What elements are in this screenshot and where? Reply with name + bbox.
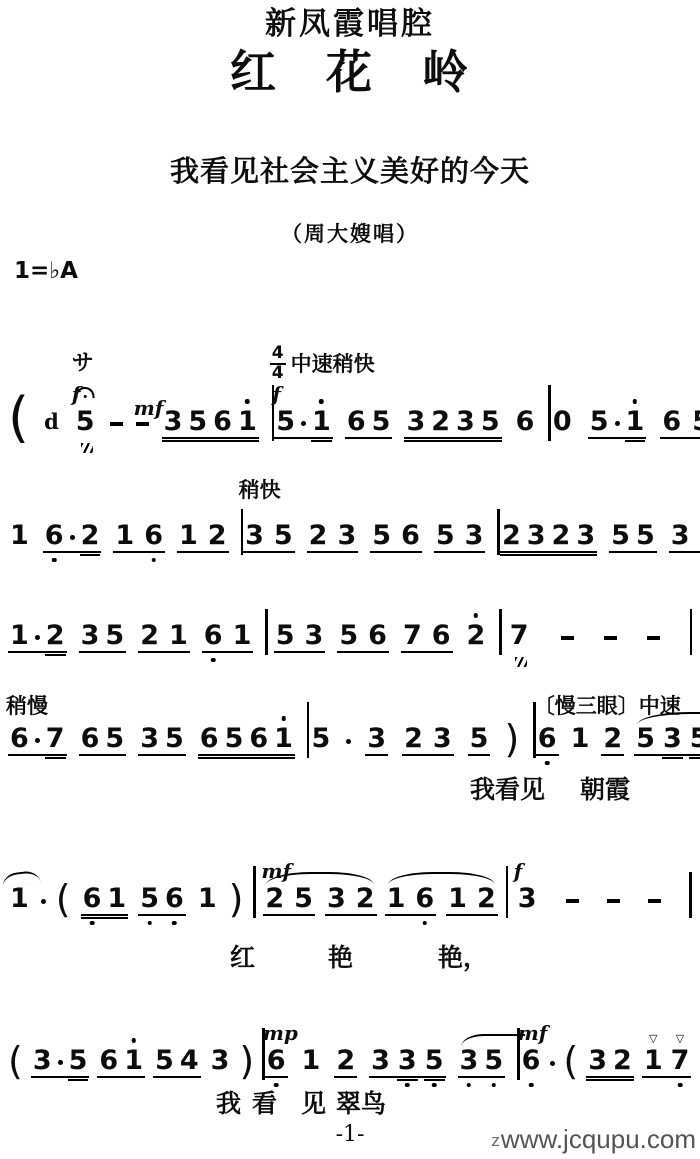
note-digit: 1 bbox=[626, 408, 645, 435]
measure: (3561543) bbox=[8, 1028, 265, 1082]
note-digit: 2 bbox=[431, 408, 450, 435]
dynamic-label: f bbox=[514, 861, 523, 881]
note-digit: 6 bbox=[538, 725, 557, 752]
beam-line bbox=[634, 754, 700, 757]
watermark-text: www.jcqupu.com bbox=[501, 1124, 696, 1154]
note-digit: 2 bbox=[477, 885, 496, 912]
score-line: (d5fサmf356144中速稍快51f65323560516532 bbox=[8, 383, 692, 443]
beam-group: 55 bbox=[609, 522, 657, 557]
beam-group: 56 bbox=[370, 522, 422, 557]
note-digit: 5 bbox=[276, 622, 295, 649]
measure: 1621612稍快 bbox=[8, 509, 243, 557]
measure: 12352161 bbox=[8, 609, 268, 657]
barline bbox=[253, 866, 256, 920]
note: 6mf bbox=[520, 1047, 543, 1082]
octave-dot-below bbox=[423, 921, 428, 926]
dash-note bbox=[648, 899, 661, 903]
note-digit: 6 bbox=[662, 408, 681, 435]
note-digit: 7▽ bbox=[671, 1047, 690, 1074]
time-signature: 44 bbox=[270, 345, 286, 383]
beam-line bbox=[79, 651, 127, 654]
note-digit: 2 bbox=[613, 1047, 632, 1074]
note-digit: 5 bbox=[311, 725, 330, 752]
note-digit: 3 bbox=[663, 725, 682, 752]
beam-line bbox=[609, 551, 657, 554]
beam-line bbox=[586, 1079, 634, 1082]
note-digit: 2 bbox=[140, 622, 159, 649]
note-digit: 3 bbox=[305, 622, 324, 649]
note-digit: 5 bbox=[636, 725, 655, 752]
beam-line bbox=[97, 1076, 145, 1079]
note-digit: 5 bbox=[105, 725, 124, 752]
note-digit: 3 bbox=[367, 725, 386, 752]
lyric: 我看见 bbox=[470, 778, 545, 803]
tempo-label: 稍快 bbox=[239, 480, 281, 501]
beam-group: 56 bbox=[138, 885, 186, 920]
beam-group: 5 bbox=[468, 725, 491, 760]
beam-group: 65 bbox=[79, 725, 127, 760]
watermark-mark-icon: z bbox=[491, 1131, 500, 1150]
parenthesis: ( bbox=[56, 880, 71, 918]
dynamic-label: mf bbox=[518, 1023, 548, 1043]
note: 1 bbox=[196, 885, 219, 920]
beam-group: 62 bbox=[43, 522, 102, 557]
beam-group: 335 bbox=[369, 1047, 445, 1082]
note-digit: 5 bbox=[590, 408, 609, 435]
beam-group: 35 bbox=[31, 1047, 90, 1082]
note-digit: 3 bbox=[140, 725, 159, 752]
beam-group: 35 bbox=[79, 622, 127, 657]
beam-line bbox=[385, 914, 437, 917]
octave-dot-below bbox=[211, 658, 216, 663]
beam-line bbox=[536, 754, 559, 757]
beam-group: 32 bbox=[586, 1047, 634, 1082]
note-digit: 6 bbox=[415, 885, 434, 912]
beam-group: 2 bbox=[334, 1047, 357, 1082]
beam-group: 54 bbox=[153, 1047, 201, 1082]
barline bbox=[690, 609, 693, 657]
octave-dot-below bbox=[172, 921, 177, 926]
beam-group: 6561 bbox=[198, 725, 295, 760]
beam-line bbox=[601, 754, 624, 757]
beam-group: 51 bbox=[588, 408, 647, 443]
note-digit: 1 bbox=[107, 885, 126, 912]
note-digit: 1 bbox=[115, 522, 134, 549]
note-digit: 3 bbox=[588, 1047, 607, 1074]
beam-group: 21 bbox=[138, 622, 190, 657]
note-digit: 5 bbox=[611, 522, 630, 549]
note-digit: 7 bbox=[510, 622, 529, 649]
beam-group: 12 bbox=[8, 622, 67, 657]
slur-group: 53532 bbox=[634, 725, 700, 760]
beam-group: 2 bbox=[601, 725, 624, 760]
note-digit: 5 bbox=[692, 408, 700, 435]
note-digit: 2 bbox=[46, 622, 65, 649]
augmentation-dot bbox=[35, 635, 40, 640]
watermark: zwww.jcqupu.com bbox=[491, 1124, 696, 1155]
dash-note bbox=[647, 636, 660, 640]
note-digit: 5 bbox=[155, 1047, 174, 1074]
beam-line bbox=[500, 554, 597, 557]
barline bbox=[265, 609, 268, 657]
augmentation-dot bbox=[58, 1060, 63, 1065]
beam-line bbox=[402, 754, 454, 757]
beam-line bbox=[202, 651, 254, 654]
score-line-row: 1(61561)2532mf16123f bbox=[8, 860, 692, 920]
note-digit: 3 bbox=[164, 408, 183, 435]
octave-dot-below bbox=[405, 1083, 410, 1088]
beam-group: 12 bbox=[446, 885, 498, 920]
measure: (d5fサmf356144中速稍快 bbox=[8, 385, 274, 443]
beam-group: 6〔慢三眼〕中速 bbox=[536, 725, 559, 760]
beam-line bbox=[8, 651, 67, 654]
beam-line bbox=[43, 551, 102, 554]
augmentation-dot bbox=[346, 739, 351, 744]
beam-line bbox=[434, 551, 486, 554]
beam-group: 35 bbox=[669, 522, 700, 557]
note-digit: 5 bbox=[225, 725, 244, 752]
beam-line bbox=[138, 914, 186, 917]
lyric: 翠鸟 bbox=[336, 1092, 386, 1117]
beam-line bbox=[660, 437, 700, 440]
note-digit: 3 bbox=[371, 1047, 390, 1074]
note-digit: 2 bbox=[502, 522, 521, 549]
note: 5fサ bbox=[74, 408, 97, 443]
beam-line bbox=[369, 1076, 445, 1079]
note-digit: 6 bbox=[83, 885, 102, 912]
octave-dot-below bbox=[529, 1083, 534, 1088]
note-digit: 3 bbox=[465, 522, 484, 549]
dynamic-label: mf bbox=[134, 398, 164, 418]
beam-line bbox=[458, 1076, 506, 1079]
note-digit: 3 bbox=[406, 408, 425, 435]
beam-group: 1▽7▽ bbox=[642, 1047, 692, 1082]
note-digit: 6 bbox=[432, 622, 451, 649]
note-digit: 5 bbox=[372, 522, 391, 549]
note-digit: 0 bbox=[553, 408, 572, 435]
note-digit: 2 bbox=[309, 522, 328, 549]
beam-group: 56 bbox=[337, 622, 389, 657]
beam-line bbox=[31, 1076, 90, 1079]
note-digit: 1 bbox=[571, 725, 590, 752]
tempo-label: 稍慢 bbox=[6, 696, 48, 717]
note: d bbox=[42, 411, 61, 443]
note-digit: 1 bbox=[179, 522, 198, 549]
note-digit: 3 bbox=[671, 522, 690, 549]
beam-line bbox=[79, 754, 127, 757]
note-digit: 1 bbox=[387, 885, 406, 912]
key-signature: 1=♭A bbox=[14, 258, 78, 284]
dash-note bbox=[607, 899, 620, 903]
beam-group: 35 bbox=[138, 725, 186, 760]
beam-line bbox=[274, 437, 333, 440]
song-title: 我看见社会主义美好的今天 bbox=[0, 157, 700, 189]
measure: 0516532 bbox=[551, 395, 700, 443]
beam-line bbox=[263, 914, 315, 917]
beam-group: 61 bbox=[97, 1047, 145, 1082]
score-annotation: サ bbox=[72, 352, 94, 374]
score-line-row: (3561543)6mp12335356mf(321▽7▽6▽) bbox=[8, 1022, 692, 1082]
page-title: 红 花 岭 bbox=[0, 47, 700, 98]
dash-note bbox=[566, 899, 579, 903]
beam-line bbox=[138, 651, 190, 654]
beam-line bbox=[468, 754, 491, 757]
note-digit: 1▽ bbox=[644, 1047, 663, 1074]
octave-dot-below bbox=[545, 761, 550, 766]
note-digit: 5 bbox=[425, 1047, 444, 1074]
octave-dot-below bbox=[467, 1083, 472, 1088]
beam-group: 67稍慢 bbox=[8, 725, 67, 760]
augmentation-dot bbox=[301, 421, 306, 426]
score-line-row: 1621612稍快352356532323553532 bbox=[8, 497, 692, 557]
note-digit: 6 bbox=[401, 522, 420, 549]
beam-line bbox=[274, 651, 326, 654]
note-digit: 6 bbox=[45, 522, 64, 549]
beam-group: 16 bbox=[385, 885, 437, 920]
note-digit: 1 bbox=[312, 408, 331, 435]
barline bbox=[689, 872, 692, 920]
augmentation-dot bbox=[41, 899, 46, 904]
octave-dot-above bbox=[633, 399, 638, 404]
beam-line bbox=[138, 754, 186, 757]
beam-group: 35 bbox=[243, 522, 295, 557]
score-line: (3561543)6mp12335356mf(321▽7▽6▽)我看见翠鸟 bbox=[8, 1022, 692, 1082]
measure: 7 bbox=[508, 609, 692, 657]
beam-group: 35 bbox=[458, 1047, 506, 1082]
beam-group: 3235 bbox=[404, 408, 501, 443]
octave-dot-below bbox=[52, 558, 57, 563]
octave-dot-above bbox=[131, 1038, 136, 1043]
dynamic-label: mp bbox=[263, 1023, 298, 1043]
note-digit: 5 bbox=[690, 725, 700, 752]
note-digit: 6 bbox=[516, 408, 535, 435]
note-digit: 6 bbox=[165, 885, 184, 912]
augmentation-dot bbox=[35, 738, 40, 743]
note-digit: 1 bbox=[124, 1047, 143, 1074]
score-line: 1235216153567627 bbox=[8, 597, 692, 657]
note-digit: 6 bbox=[267, 1047, 286, 1074]
beam-line bbox=[8, 754, 67, 757]
note-digit: 5 bbox=[484, 1047, 503, 1074]
parenthesis: ( bbox=[563, 1042, 578, 1080]
parenthesis: ( bbox=[8, 1042, 23, 1080]
beam-line bbox=[153, 1076, 201, 1079]
beam-group: 23 bbox=[307, 522, 359, 557]
sheet-music-page: 新凤霞唱腔 红 花 岭 我看见社会主义美好的今天 （周大嫂唱） 1=♭A (d5… bbox=[0, 0, 700, 1159]
octave-dot-above bbox=[245, 399, 250, 404]
beam-line bbox=[588, 437, 647, 440]
note: 1 bbox=[8, 522, 31, 557]
beam-group: 6mp bbox=[265, 1047, 288, 1082]
note-digit: 3 bbox=[327, 885, 346, 912]
dash-note: mf bbox=[136, 422, 149, 426]
score-line-row: 1235216153567627 bbox=[8, 597, 692, 657]
beam-group: 2323 bbox=[500, 522, 597, 557]
octave-dot-above bbox=[319, 399, 324, 404]
note-digit: 1 bbox=[10, 885, 29, 912]
beam-line bbox=[669, 551, 700, 554]
lyric: 朝霞 bbox=[580, 778, 630, 803]
beam-line bbox=[642, 1076, 692, 1079]
note-digit: 2 bbox=[336, 1047, 355, 1074]
beam-group: 3 bbox=[365, 725, 388, 760]
collection-subtitle: 新凤霞唱腔 bbox=[0, 7, 700, 41]
measure: 6mf(321▽7▽6▽) bbox=[520, 1034, 700, 1082]
beam-group: 23 bbox=[402, 725, 454, 760]
dash-note bbox=[604, 636, 617, 640]
note-digit: 5 bbox=[276, 408, 295, 435]
parenthesis: ) bbox=[229, 880, 244, 918]
note-digit: 2 bbox=[265, 885, 284, 912]
note-digit: 3 bbox=[527, 522, 546, 549]
slur-group: 1612 bbox=[385, 885, 498, 920]
beam-group: 12 bbox=[177, 522, 229, 557]
dash-note bbox=[110, 422, 123, 426]
note-digit: 7 bbox=[46, 725, 65, 752]
note: 1 bbox=[8, 885, 31, 920]
note-digit: 6 bbox=[81, 725, 100, 752]
measure: 67稍慢65356561 bbox=[8, 702, 309, 760]
note-digit: 5 bbox=[294, 885, 313, 912]
octave-dot-below bbox=[432, 1083, 437, 1088]
beam-group: 51f bbox=[274, 408, 333, 443]
slur-arc bbox=[461, 1034, 526, 1047]
note-digit: 5 bbox=[188, 408, 207, 435]
note-digit: 2 bbox=[208, 522, 227, 549]
note: 1 bbox=[569, 725, 592, 760]
slur-group: 1 bbox=[8, 885, 46, 920]
beam-group: 61 bbox=[202, 622, 254, 657]
measure: 2323553532 bbox=[500, 509, 700, 557]
beam-line bbox=[307, 551, 359, 554]
note-digit: 4 bbox=[180, 1047, 199, 1074]
dynamic-label: mf bbox=[261, 861, 291, 881]
note-digit: 2 bbox=[356, 885, 375, 912]
note-digit: 3 bbox=[518, 885, 537, 912]
note-digit: 2 bbox=[552, 522, 571, 549]
octave-dot-above bbox=[474, 613, 479, 618]
octave-dot-below bbox=[274, 1083, 279, 1088]
beam-line bbox=[162, 440, 259, 443]
note-digit: 3 bbox=[433, 725, 452, 752]
note-digit: 1 bbox=[169, 622, 188, 649]
note-digit: 3 bbox=[460, 1047, 479, 1074]
note-digit: 2 bbox=[603, 725, 622, 752]
beam-line bbox=[334, 1076, 357, 1079]
measure: 1(61561) bbox=[8, 866, 256, 920]
lyric: 我 bbox=[216, 1092, 241, 1117]
note-digit: 5 bbox=[69, 1047, 88, 1074]
note-digit: 5 bbox=[165, 725, 184, 752]
note-digit: 5 bbox=[339, 622, 358, 649]
beam-line bbox=[325, 914, 377, 917]
note-digit: 3 bbox=[398, 1047, 417, 1074]
note-digit: 3 bbox=[245, 522, 264, 549]
note-digit: 1 bbox=[198, 885, 217, 912]
octave-dot-above bbox=[281, 716, 286, 721]
beam-line bbox=[198, 757, 295, 760]
octave-dot-below bbox=[491, 1083, 496, 1088]
augmentation-dot bbox=[615, 421, 620, 426]
score-line: 1(61561)2532mf16123f红艳艳， bbox=[8, 860, 692, 920]
barline bbox=[499, 609, 502, 657]
note: 5 bbox=[309, 725, 332, 760]
note: 3 bbox=[209, 1047, 232, 1082]
note-digit: 6 bbox=[347, 408, 366, 435]
note-digit: 3 bbox=[33, 1047, 52, 1074]
beam-group: 16 bbox=[113, 522, 165, 557]
beam-line bbox=[113, 551, 165, 554]
note-digit: 2 bbox=[81, 522, 100, 549]
note-digit: 6 bbox=[99, 1047, 118, 1074]
note-digit: d bbox=[44, 411, 59, 432]
beam-group: 65 bbox=[345, 408, 393, 443]
measure: 6mp1233535 bbox=[265, 1028, 520, 1082]
slur-arc bbox=[388, 872, 495, 885]
slur-arc bbox=[1, 870, 40, 888]
beam-group: 3561 bbox=[162, 408, 259, 443]
beam-line bbox=[345, 437, 393, 440]
measure: 3f bbox=[516, 872, 692, 920]
note: 6 bbox=[514, 408, 537, 443]
note-digit: 1 bbox=[302, 1047, 321, 1074]
barline bbox=[506, 866, 509, 920]
beam-group: 53 bbox=[274, 622, 326, 657]
beam-line bbox=[337, 651, 389, 654]
note-digit: 6 bbox=[522, 1047, 541, 1074]
lyric: 红 bbox=[230, 946, 255, 971]
performer-label: （周大嫂唱） bbox=[0, 223, 700, 246]
beam-line bbox=[81, 917, 129, 920]
note-digit: 6 bbox=[368, 622, 387, 649]
note-digit: 6 bbox=[10, 725, 29, 752]
note-digit: 7 bbox=[403, 622, 422, 649]
score-line-row: (d5fサmf356144中速稍快51f65323560516532 bbox=[8, 383, 692, 443]
measure: 2532mf1612 bbox=[263, 866, 508, 920]
note-digit: 5 bbox=[76, 408, 95, 435]
dash-note bbox=[561, 636, 574, 640]
note: 1 bbox=[300, 1047, 323, 1082]
beam-line bbox=[365, 754, 388, 757]
augmentation-dot bbox=[550, 1061, 555, 1066]
note-digit: 5 bbox=[436, 522, 455, 549]
note: 3f bbox=[516, 885, 539, 920]
beam-group: 53 bbox=[434, 522, 486, 557]
note-digit: 5 bbox=[274, 522, 293, 549]
tremolo-icon bbox=[515, 657, 527, 667]
beam-line bbox=[404, 440, 501, 443]
lyric: 见 bbox=[301, 1092, 326, 1117]
note-digit: 6 bbox=[213, 408, 232, 435]
note-digit: 5 bbox=[470, 725, 489, 752]
note-digit: 3 bbox=[337, 522, 356, 549]
time-signature-tempo: 44中速稍快 bbox=[270, 345, 375, 383]
note-digit: 1 bbox=[238, 408, 257, 435]
octave-dot-below bbox=[147, 921, 152, 926]
score-line: 67稍慢6535656153235)6〔慢三眼〕中速1253532我看见朝霞 bbox=[8, 700, 692, 760]
beam-line bbox=[370, 551, 422, 554]
dynamic-label: f bbox=[272, 384, 281, 404]
beam-line bbox=[243, 551, 295, 554]
tempo-label: 中速稍快 bbox=[291, 354, 375, 375]
dynamic-label: f bbox=[72, 384, 81, 404]
note-digit: 2 bbox=[404, 725, 423, 752]
beam-group: 65 bbox=[660, 408, 700, 443]
score-line: 1621612稍快352356532323553532 bbox=[8, 497, 692, 557]
beam-line bbox=[177, 551, 229, 554]
note-digit: 1 bbox=[448, 885, 467, 912]
note-digit: 3 bbox=[81, 622, 100, 649]
